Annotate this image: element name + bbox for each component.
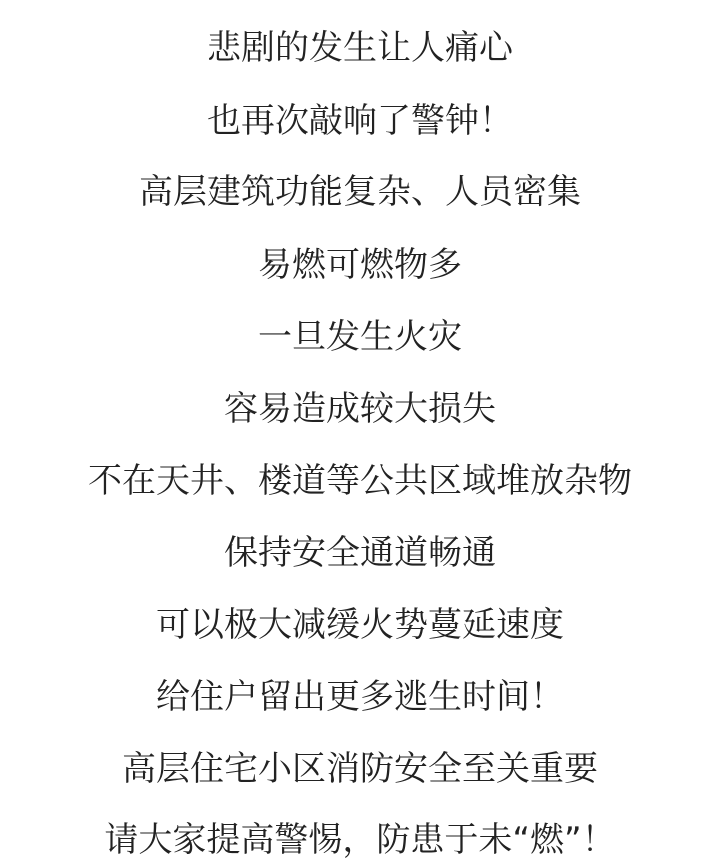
text-line-once-fire: 一旦发生火灾 [0,315,720,359]
text-line-no-clutter: 不在天井、楼道等公共区域堆放杂物 [0,459,720,503]
text-line-stay-alert: 请大家提高警惕，防患于未“燃”！ [0,818,720,862]
text-line-tragedy: 悲剧的发生让人痛心 [0,26,720,70]
text-line-slow-spread: 可以极大减缓火势蔓延速度 [0,603,720,647]
text-line-fire-safety-important: 高层住宅小区消防安全至关重要 [0,747,720,791]
text-line-alarm: 也再次敲响了警钟！ [0,99,720,143]
text-line-escape-time: 给住户留出更多逃生时间！ [0,675,720,719]
text-line-losses: 容易造成较大损失 [0,387,720,431]
text-line-flammables: 易燃可燃物多 [0,243,720,287]
text-line-highrise-complex: 高层建筑功能复杂、人员密集 [0,170,720,214]
text-line-clear-passage: 保持安全通道畅通 [0,531,720,575]
document-body: 悲剧的发生让人痛心 也再次敲响了警钟！ 高层建筑功能复杂、人员密集 易燃可燃物多… [0,0,720,867]
